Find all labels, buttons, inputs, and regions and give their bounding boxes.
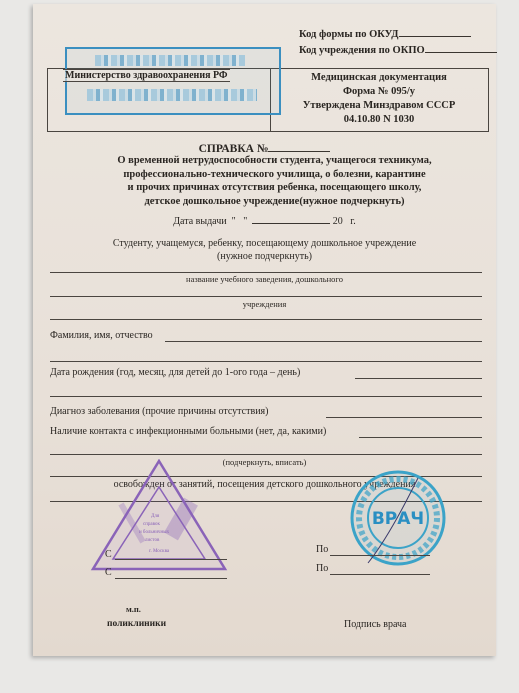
form-info-block: Медицинская документация Форма № 095/у У…: [270, 71, 488, 127]
from-date-field-2[interactable]: [115, 578, 227, 579]
full-name-line-2[interactable]: [50, 361, 482, 362]
svg-text:Для: Для: [151, 514, 160, 519]
doctor-signature-label: Подпись врача: [344, 619, 406, 630]
subtitle-line: детское дошкольное учреждение(нужное под…: [53, 195, 496, 209]
issue-day-field[interactable]: " ": [232, 216, 248, 227]
full-name-label: Фамилия, имя, отчество: [50, 330, 153, 341]
certificate-title: СПРАВКА №: [33, 141, 496, 155]
subtitle-line: профессионально-технического училища, о …: [53, 168, 496, 182]
doctor-round-stamp: ВРАЧ: [348, 468, 448, 568]
blurred-stamp-text: [95, 55, 245, 66]
issue-date-label: Дата выдачи: [173, 216, 226, 227]
okpo-field[interactable]: [425, 42, 497, 53]
birth-date-field[interactable]: [355, 378, 482, 379]
form-codes: Код формы по ОКУД Код учреждения по ОКПО: [299, 26, 497, 58]
doctor-stamp-text: ВРАЧ: [372, 509, 424, 529]
issue-month-field[interactable]: [252, 213, 330, 224]
student-type-hint: (нужное подчеркнуть): [33, 250, 496, 263]
blurred-stamp-text: [87, 89, 257, 101]
student-type-line: Студенту, учащемуся, ребенку, посещающем…: [33, 237, 496, 250]
to-date-field-1[interactable]: [330, 555, 430, 556]
contact-field[interactable]: [359, 437, 482, 438]
from-date-label-2: С: [105, 567, 112, 578]
from-date-label-1: С: [105, 549, 112, 560]
subtitle-line: и прочих причинах отсутствия ребенка, по…: [53, 181, 496, 195]
contact-line-2[interactable]: [50, 454, 482, 455]
certificate-number-field[interactable]: [268, 141, 330, 152]
full-name-field[interactable]: [165, 341, 482, 342]
birth-date-line-2[interactable]: [50, 396, 482, 397]
certificate-subtitle: О временной нетрудоспособности студента,…: [53, 154, 496, 208]
to-date-field-2[interactable]: [330, 574, 430, 575]
ministry-name: Министерство здравоохранения РФ: [63, 69, 230, 82]
from-date-field-1[interactable]: [115, 559, 227, 560]
medical-certificate-form-095u: Код формы по ОКУД Код учреждения по ОКПО…: [33, 4, 496, 656]
diagnosis-field[interactable]: [326, 417, 482, 418]
form-approval-date: 04.10.80 N 1030: [270, 113, 488, 127]
svg-text:г. Москва: г. Москва: [149, 549, 170, 554]
subtitle-line: О временной нетрудоспособности студента,…: [53, 154, 496, 168]
diagnosis-label: Диагноз заболевания (прочие причины отсу…: [50, 406, 269, 417]
form-approval: Утверждена Минздравом СССР: [270, 99, 488, 113]
svg-text:справок: справок: [143, 522, 160, 527]
institution-line-2[interactable]: [50, 296, 482, 297]
form-number: Форма № 095/у: [270, 85, 488, 99]
issue-date-row: Дата выдачи " " 20 г.: [33, 213, 496, 227]
institution-line-3[interactable]: [50, 319, 482, 320]
seal-label: м.п.: [126, 604, 141, 614]
clinic-label: поликлиники: [107, 619, 166, 629]
to-date-label-2: По: [316, 563, 328, 574]
institution-line-1[interactable]: [50, 272, 482, 273]
birth-date-label: Дата рождения (год, месяц, для детей до …: [50, 367, 300, 378]
student-block: Студенту, учащемуся, ребенку, посещающем…: [33, 237, 496, 263]
okpo-label: Код учреждения по ОКПО: [299, 45, 425, 56]
okud-field[interactable]: [399, 26, 471, 37]
institution-caption-2: учреждения: [33, 299, 496, 309]
institution-caption: название учебного заведения, дошкольного: [33, 274, 496, 284]
to-date-label-1: По: [316, 544, 328, 555]
year-prefix: 20: [333, 216, 343, 227]
contact-label: Наличие контакта с инфекционными больным…: [50, 426, 326, 437]
okud-label: Код формы по ОКУД: [299, 29, 399, 40]
form-info-line: Медицинская документация: [270, 71, 488, 85]
svg-text:листов: листов: [145, 538, 160, 543]
year-suffix: г.: [350, 216, 355, 227]
